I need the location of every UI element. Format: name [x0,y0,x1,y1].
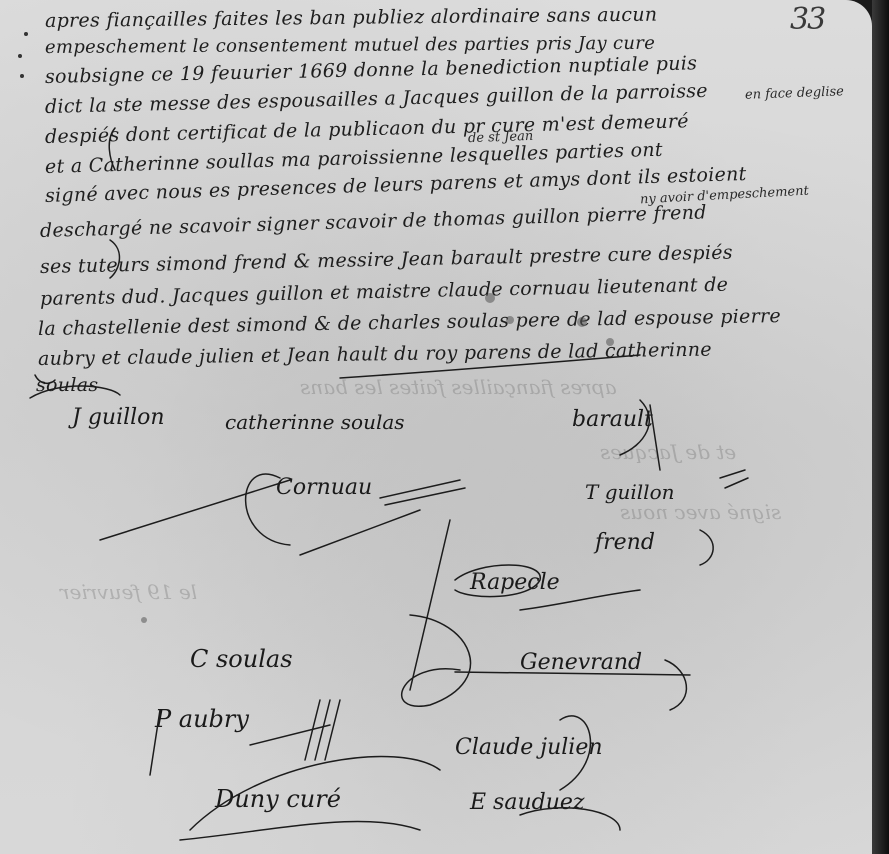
page-number: 33 [790,2,824,37]
scan-edge [872,0,889,854]
body-line: aubry et claude julien et Jean hault du … [38,339,712,370]
signature: Duny curé [215,785,341,813]
body-line: soulas [36,374,98,396]
margin-mark [20,74,24,78]
bleed-through-text: le 19 feuvrier [60,580,197,604]
signature: P aubry [155,705,249,733]
signature: Genevrand [520,650,642,675]
interlinear-note: de st Jean [468,129,534,146]
signature: Rapecle [470,570,560,595]
signature: barault [572,407,653,432]
interlinear-note: en face deglise [745,84,844,102]
body-line: parents dud. Jacques guillon et maistre … [40,274,729,310]
body-line: apres fiançailles faites les ban publiez… [45,4,658,32]
margin-mark [24,32,28,36]
signature: C soulas [190,645,293,673]
signature: frend [595,530,655,555]
signature: J guillon [72,405,165,430]
bleed-through-text: apres fiançailles faites les bans [300,375,617,399]
body-line: deschargé ne scavoir signer scavoir de t… [40,201,707,242]
signature: E sauduez [470,790,585,815]
signature: catherinne soulas [225,410,405,434]
signature: T guillon [585,480,675,504]
body-line: la chastellenie dest simond & de charles… [38,305,781,340]
margin-mark [18,54,22,58]
body-line: ses tuteurs simond frend & messire Jean … [40,241,733,278]
register-page: 33 apres fiançailles faites les bans et … [0,0,872,854]
bleed-through-text: et de Jacques [600,440,736,464]
signature: Cornuau [276,475,372,500]
signature: Claude julien [455,735,603,760]
